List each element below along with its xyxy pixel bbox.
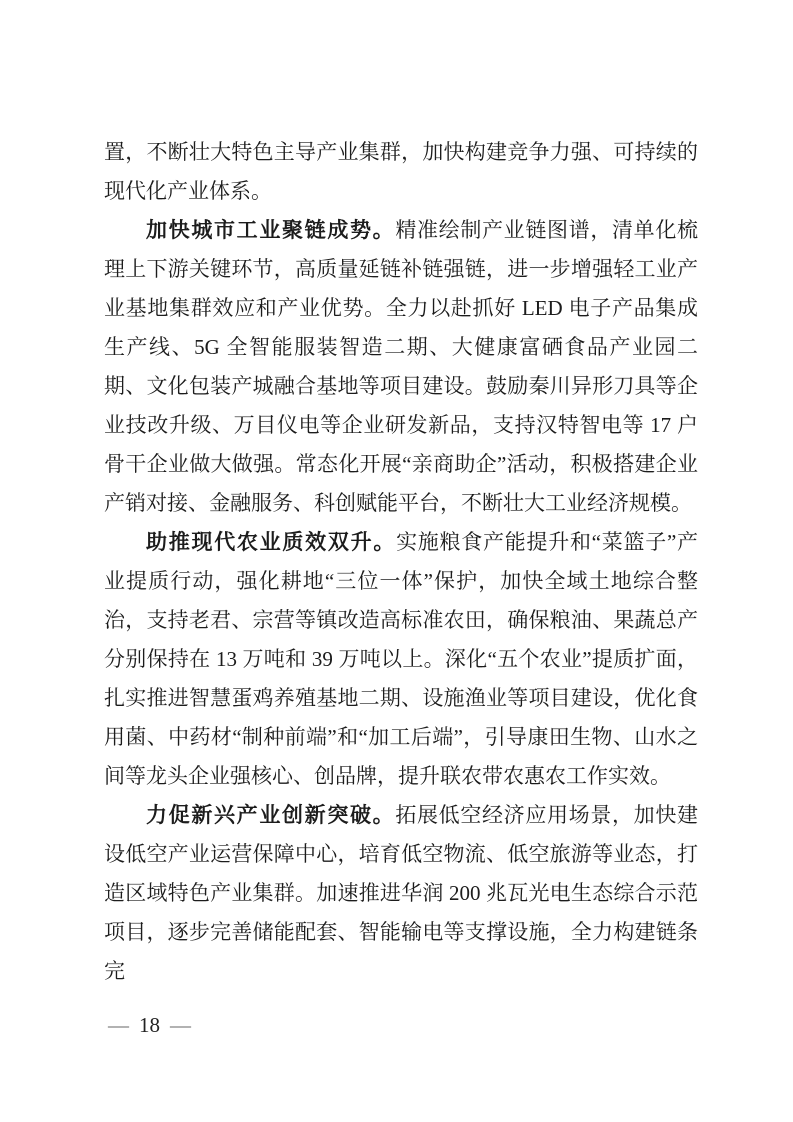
- document-page: 置，不断壮大特色主导产业集群，加快构建竞争力强、可持续的现代化产业体系。 加快城…: [0, 0, 793, 1122]
- paragraph-continuation: 置，不断壮大特色主导产业集群，加快构建竞争力强、可持续的现代化产业体系。: [104, 133, 698, 211]
- paragraph-emerging-industry: 力促新兴产业创新突破。拓展低空经济应用场景，加快建设低空产业运营保障中心，培育低…: [104, 796, 698, 991]
- paragraph-lead: 助推现代农业质效双升。: [146, 531, 396, 554]
- paragraph-text: 拓展低空经济应用场景，加快建设低空产业运营保障中心，培育低空物流、低空旅游等业态…: [104, 803, 698, 983]
- page-number-value: 18: [133, 1013, 166, 1037]
- page-number-right-dash: —: [166, 1013, 195, 1037]
- paragraph-modern-agriculture: 助推现代农业质效双升。实施粮食产能提升和“菜篮子”产业提质行动，强化耕地“三位一…: [104, 523, 698, 796]
- paragraph-lead: 力促新兴产业创新突破。: [146, 804, 395, 827]
- paragraph-text: 实施粮食产能提升和“菜篮子”产业提质行动，强化耕地“三位一体”保护，加快全域土地…: [104, 530, 698, 788]
- paragraph-lead: 加快城市工业聚链成势。: [146, 219, 395, 242]
- paragraph-text: 置，不断壮大特色主导产业集群，加快构建竞争力强、可持续的现代化产业体系。: [104, 140, 698, 203]
- document-body: 置，不断壮大特色主导产业集群，加快构建竞争力强、可持续的现代化产业体系。 加快城…: [104, 133, 698, 991]
- paragraph-industry-chain: 加快城市工业聚链成势。精准绘制产业链图谱，清单化梳理上下游关键环节，高质量延链补…: [104, 211, 698, 523]
- page-number: —18—: [104, 1010, 195, 1040]
- paragraph-text: 精准绘制产业链图谱，清单化梳理上下游关键环节，高质量延链补链强链，进一步增强轻工…: [104, 218, 698, 515]
- page-number-left-dash: —: [104, 1013, 133, 1037]
